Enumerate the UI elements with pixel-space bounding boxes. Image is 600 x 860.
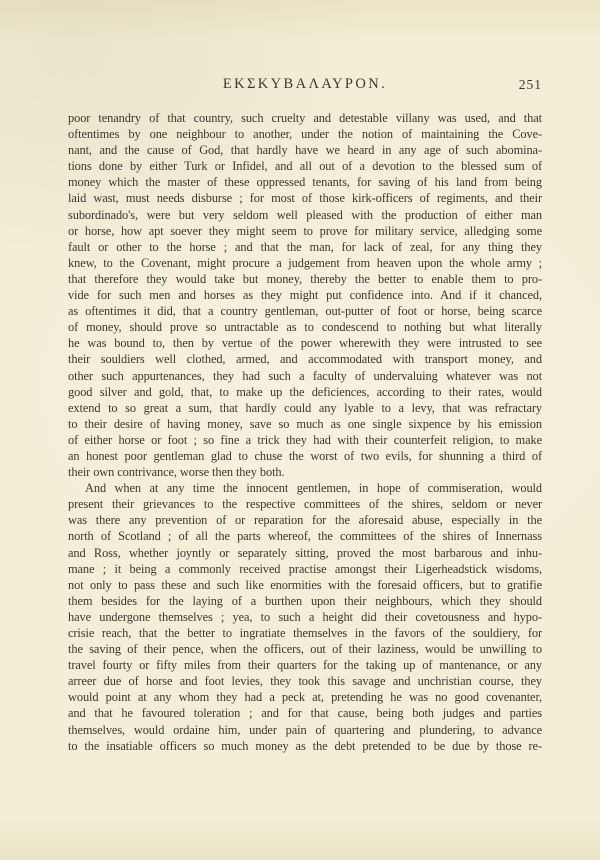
- page-body: poor tenandry of that country, such crue…: [68, 110, 542, 754]
- text-line: north of Scotland ; of all the parts whe…: [68, 528, 542, 544]
- text-line: travel fourty or fifty miles from their …: [68, 657, 542, 673]
- text-line: or horse, how apt soever they might seem…: [68, 223, 542, 239]
- text-line: and that he favoured toleration ; and fo…: [68, 705, 542, 721]
- text-line: tions done by either Turk or Infidel, an…: [68, 158, 542, 174]
- text-line: laid wast, must needs disburse ; for mos…: [68, 190, 542, 206]
- page-header: ΕΚΣΚΥΒΑΛΑΥΡΟΝ. 251: [68, 76, 542, 98]
- text-line: subordinado's, were but very seldom well…: [68, 207, 542, 223]
- text-line: And when at any time the innocent gentle…: [68, 480, 542, 496]
- text-line: not only to pass these and such like eno…: [68, 577, 542, 593]
- text-line: knew, to the Covenant, might procure a j…: [68, 255, 542, 271]
- text-line: oftentimes by one neighbour to another, …: [68, 126, 542, 142]
- text-line: extend to so great a sum, that hardly co…: [68, 400, 542, 416]
- text-line: to the insatiable officers so much money…: [68, 738, 542, 754]
- book-page: ΕΚΣΚΥΒΑΛΑΥΡΟΝ. 251 poor tenandry of that…: [0, 0, 600, 860]
- text-line: their own contrivance, worse then they b…: [68, 464, 542, 480]
- text-line: and Ross, whether joyntly or separately …: [68, 545, 542, 561]
- text-line: nant, and the cause of God, that hardly …: [68, 142, 542, 158]
- text-line: the saving of their pence, when the offi…: [68, 641, 542, 657]
- text-line: vide for such men and horses as they mig…: [68, 287, 542, 303]
- text-line: good silver and gold, that, to make up t…: [68, 384, 542, 400]
- text-line: was there any prevention of or reparatio…: [68, 512, 542, 528]
- text-line: of money, should prove so untractable as…: [68, 319, 542, 335]
- text-line: he was bound to, then by vertue of the p…: [68, 335, 542, 351]
- text-line: money which the master of these oppresse…: [68, 174, 542, 190]
- text-line: as oftentimes it did, that a country gen…: [68, 303, 542, 319]
- running-title: ΕΚΣΚΥΒΑΛΑΥΡΟΝ.: [68, 76, 542, 93]
- text-line: mane ; it being a commonly received prac…: [68, 561, 542, 577]
- text-line: crisie reach, that the better to ingrati…: [68, 625, 542, 641]
- text-line: would point at any whom they had a peck …: [68, 689, 542, 705]
- text-line: themselves, would ordaine him, under pai…: [68, 722, 542, 738]
- text-line: to their desire of having money, save so…: [68, 416, 542, 432]
- text-line: other such appurtenances, they had such …: [68, 368, 542, 384]
- text-line: an honest poor gentleman glad to chuse t…: [68, 448, 542, 464]
- text-line: poor tenandry of that country, such crue…: [68, 110, 542, 126]
- text-line: that therefore they would take but money…: [68, 271, 542, 287]
- text-line: fault or other to the horse ; and that t…: [68, 239, 542, 255]
- text-line: of either horse or foot ; so fine a tric…: [68, 432, 542, 448]
- text-line: their souldiers well clothed, armed, and…: [68, 351, 542, 367]
- text-line: have undergone themselves ; yea, to such…: [68, 609, 542, 625]
- text-line: them besides for the laying of a burthen…: [68, 593, 542, 609]
- text-line: arreer due of horse and foot levies, the…: [68, 673, 542, 689]
- page-number: 251: [519, 77, 542, 93]
- text-line: present their grievances to the respecti…: [68, 496, 542, 512]
